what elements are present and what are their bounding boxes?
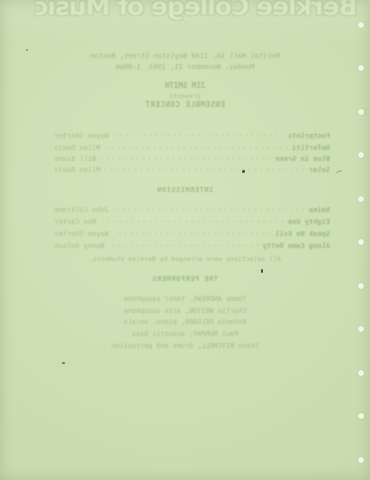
binder-hole bbox=[358, 457, 364, 463]
event-title: ENSEMBLE CONCERT bbox=[0, 101, 370, 109]
program-row: Nefertiti Miles Davis bbox=[54, 142, 330, 152]
program-row: Eighty One Ron Carter bbox=[54, 216, 330, 226]
dot-leader bbox=[99, 153, 272, 161]
piece-credit: Miles Davis bbox=[54, 144, 100, 152]
performer-line: Tommy ANDREWS, tenor saxophone bbox=[0, 295, 370, 303]
performer-line: Paul MURPHY, acoustic bass bbox=[0, 330, 370, 338]
bleed-through-ink-layer: Berklee College of Music Recital Hall 1A… bbox=[0, 0, 370, 480]
piece-title: Blue in Green bbox=[275, 155, 330, 163]
binder-hole bbox=[358, 196, 364, 202]
piece-title: Solar bbox=[309, 166, 330, 174]
binder-hole bbox=[358, 22, 364, 28]
program-row: Blue in Green Bill Evans bbox=[54, 153, 330, 163]
piece-credit: Benny Golson bbox=[54, 242, 105, 250]
piece-credit: Ron Carter bbox=[54, 218, 96, 226]
performer-line: Charlie WESTON, alto saxophone bbox=[0, 307, 370, 315]
piece-title: Speak No Evil bbox=[275, 230, 330, 238]
piece-title: Along Came Betty bbox=[263, 242, 330, 250]
dot-leader bbox=[112, 228, 272, 236]
program-row: Speak No Evil Wayne Shorter bbox=[54, 228, 330, 238]
presents-label: presents bbox=[0, 92, 370, 100]
paper-speck bbox=[261, 269, 263, 273]
performers-heading: THE PERFORMERS bbox=[0, 275, 370, 283]
performer-line: Steve MITCHELL, drums and percussion bbox=[0, 342, 370, 350]
dot-leader bbox=[112, 130, 285, 138]
binder-hole bbox=[358, 326, 364, 332]
piece-credit: Wayne Shorter bbox=[54, 230, 109, 238]
piece-title: Eighty One bbox=[288, 218, 330, 226]
piece-credit: Wayne Shorter bbox=[54, 132, 109, 140]
binder-hole bbox=[358, 239, 364, 245]
program-row: Along Came Betty Benny Golson bbox=[54, 240, 330, 250]
program-row: Naima John Coltrane bbox=[54, 204, 330, 214]
piece-title: Footprints bbox=[288, 132, 330, 140]
piece-credit: John Coltrane bbox=[54, 206, 109, 214]
dot-leader bbox=[103, 142, 289, 150]
presenter-name: JIM SMITH bbox=[0, 82, 370, 90]
venue-line: Recital Hall 1A, 1140 Boylston Street, B… bbox=[0, 52, 370, 60]
date-line: Monday, November 21, 1983, 1:00pm bbox=[0, 63, 370, 71]
paper-speck bbox=[26, 49, 28, 51]
program-row: Footprints Wayne Shorter bbox=[54, 130, 330, 140]
performer-line: Antonio DELGADO, piano, vocals bbox=[0, 318, 370, 326]
binder-hole bbox=[358, 413, 364, 419]
binder-hole bbox=[358, 152, 364, 158]
piece-credit: Bill Evans bbox=[54, 155, 96, 163]
paper-speck bbox=[62, 362, 65, 364]
binder-hole bbox=[358, 109, 364, 115]
binder-hole bbox=[358, 65, 364, 71]
paper-speck bbox=[242, 170, 245, 173]
dot-leader bbox=[108, 240, 260, 248]
piece-credit: Miles Davis bbox=[54, 166, 100, 174]
intermission-heading: INTERMISSION bbox=[0, 186, 370, 194]
arranger-note: All selections were arranged by Berklee … bbox=[0, 255, 370, 263]
program-row: Solar Miles Davis bbox=[54, 164, 330, 174]
piece-title: Nefertiti bbox=[292, 144, 330, 152]
masthead-logo: Berklee College of Music bbox=[0, 0, 370, 21]
dot-leader bbox=[99, 216, 285, 224]
binder-hole bbox=[358, 283, 364, 289]
binder-hole bbox=[358, 370, 364, 376]
dot-leader bbox=[103, 164, 306, 172]
piece-title: Naima bbox=[309, 206, 330, 214]
scanned-program-page: Berklee College of Music Recital Hall 1A… bbox=[0, 0, 370, 480]
dot-leader bbox=[112, 204, 306, 212]
